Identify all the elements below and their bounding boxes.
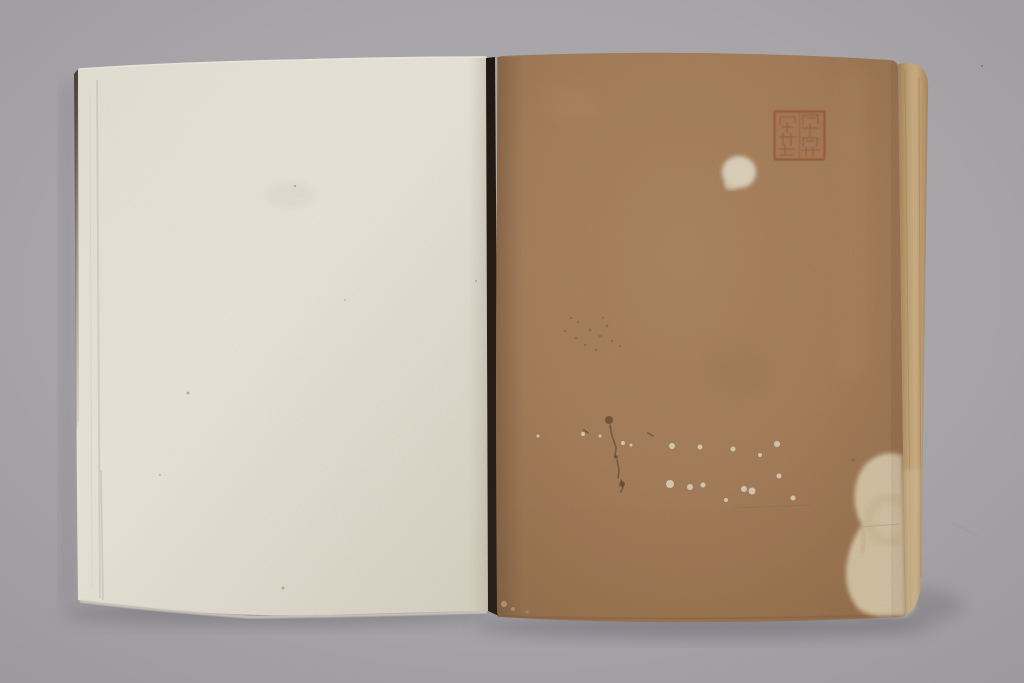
cover-grain-light xyxy=(490,45,940,635)
photo-open-antique-book xyxy=(0,0,1024,683)
dark-speckle xyxy=(981,65,983,67)
left-page xyxy=(70,50,495,625)
shadow-left-edge xyxy=(62,85,74,600)
book xyxy=(70,45,983,635)
page-grain xyxy=(70,50,495,625)
